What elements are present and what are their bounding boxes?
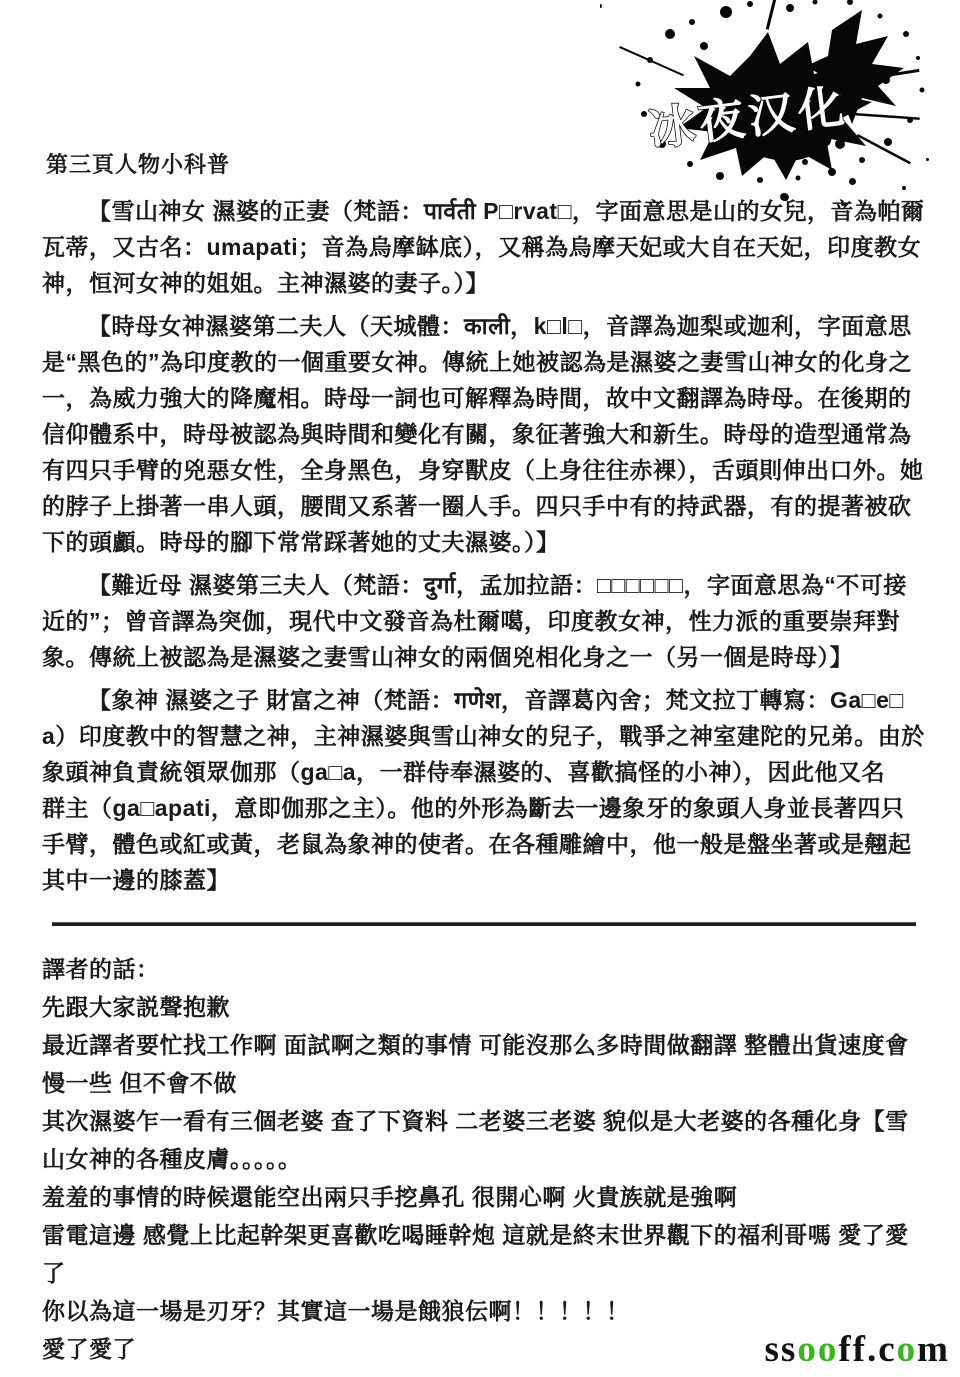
scan-page: 冰夜汉化 第三頁人物小科普 【雪山神女 濕婆的正妻（梵語：पार्वती P□r… [0, 0, 960, 1377]
character-note-parvati: 【雪山神女 濕婆的正妻（梵語：पार्वती P□rvat□，字面意思是山的女兒… [42, 193, 926, 301]
watermark-segment: oo [797, 1329, 838, 1370]
translator-note-line: 羞羞的事情的時候還能空出兩只手挖鼻孔 很開心啊 火貴族就是強啊 [42, 1178, 926, 1216]
page-title: 第三頁人物小科普 [46, 148, 926, 179]
watermark-segment: o [897, 1329, 918, 1370]
translator-note-line: 最近譯者要忙找工作啊 面試啊之類的事情 可能沒那么多時間做翻譯 整體出貨速度會慢… [42, 1026, 926, 1102]
section-divider [52, 922, 916, 926]
character-note-durga: 【難近母 濕婆第三夫人（梵語：दुर्गा，孟加拉語：□□□□□□，字面意思為“… [42, 567, 926, 675]
document-body: 第三頁人物小科普 【雪山神女 濕婆的正妻（梵語：पार्वती P□rvat□，… [42, 148, 926, 1368]
site-watermark: ssooff.com [765, 1328, 950, 1371]
translator-note-line: 雷電這邊 感覺上比起幹架更喜歡吃喝睡幹炮 這就是終末世界觀下的福利哥嗎 愛了愛了 [42, 1216, 926, 1292]
watermark-segment: ss [765, 1329, 798, 1370]
translator-note-line: 你以為這一場是刃牙？其實這一場是餓狼伝啊！！！！！ [42, 1292, 926, 1330]
character-note-kali: 【時母女神濕婆第二夫人（天城體：काली，k□l□，音譯為迦梨或迦利，字面意思是… [42, 308, 926, 560]
logo-text: 冰夜汉化 [646, 80, 851, 155]
character-note-ganesha: 【象神 濕婆之子 財富之神（梵語：गणेश，音譯葛內舍；梵文拉丁轉寫：Ga□e□… [42, 682, 926, 898]
translator-note-line: 先跟大家説聲抱歉 [42, 988, 926, 1026]
translator-note-line: 其次濕婆乍一看有三個老婆 查了下資料 二老婆三老婆 貌似是大老婆的各種化身【雪山… [42, 1102, 926, 1178]
watermark-segment: m [917, 1329, 950, 1370]
watermark-segment: ff.c [838, 1329, 896, 1370]
ink-speck [926, 158, 929, 161]
translator-note-line: 譯者的話： [42, 950, 926, 988]
